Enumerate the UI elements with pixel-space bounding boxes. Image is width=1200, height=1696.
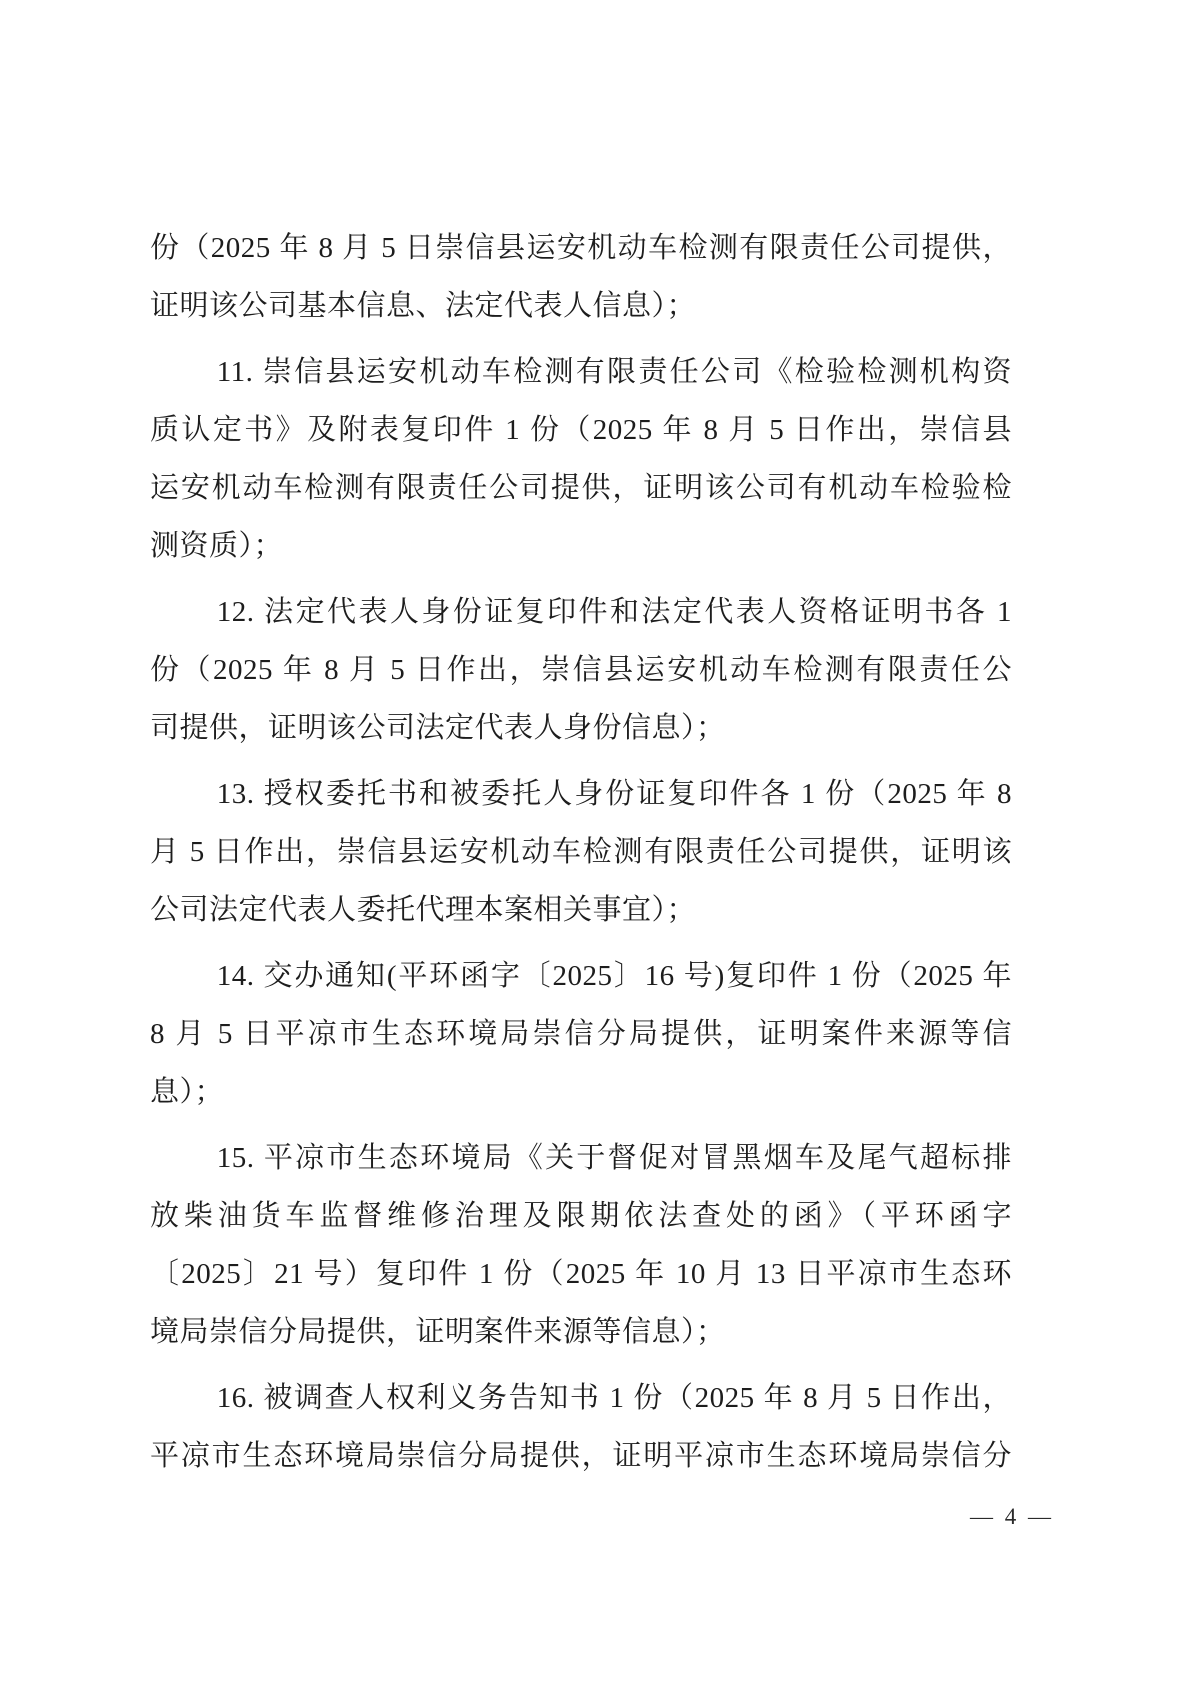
document-line: 公司法定代表人委托代理本案相关事宜）；: [150, 881, 1012, 939]
document-page: 份（2025 年 8 月 5 日崇信县运安机动车检测有限责任公司提供，证明该公司…: [0, 0, 1200, 1696]
document-line: 15. 平凉市生态环境局《关于督促对冒黑烟车及尾气超标排: [150, 1129, 1012, 1187]
document-line: 司提供，证明该公司法定代表人身份信息）；: [150, 699, 1012, 757]
document-line: 平凉市生态环境局崇信分局提供，证明平凉市生态环境局崇信分: [150, 1427, 1012, 1485]
document-line: 证明该公司基本信息、法定代表人信息）；: [150, 277, 1012, 335]
document-line: 11. 崇信县运安机动车检测有限责任公司《检验检测机构资: [150, 343, 1012, 401]
document-line: 〔2025〕21 号）复印件 1 份（2025 年 10 月 13 日平凉市生态…: [150, 1245, 1012, 1303]
document-line: 16. 被调查人权利义务告知书 1 份（2025 年 8 月 5 日作出，: [150, 1369, 1012, 1427]
document-line: 境局崇信分局提供，证明案件来源等信息）；: [150, 1303, 1012, 1361]
document-line: 份（2025 年 8 月 5 日作出，崇信县运安机动车检测有限责任公: [150, 641, 1012, 699]
document-line: 份（2025 年 8 月 5 日崇信县运安机动车检测有限责任公司提供，: [150, 219, 1012, 277]
document-line: 运安机动车检测有限责任公司提供，证明该公司有机动车检验检: [150, 459, 1012, 517]
document-line: 测资质）；: [150, 517, 1012, 575]
text-block: 份（2025 年 8 月 5 日崇信县运安机动车检测有限责任公司提供，证明该公司…: [150, 219, 1012, 1485]
document-line: 14. 交办通知(平环函字〔2025〕16 号)复印件 1 份（2025 年: [150, 947, 1012, 1005]
document-line: 月 5 日作出，崇信县运安机动车检测有限责任公司提供，证明该: [150, 823, 1012, 881]
document-line: 12. 法定代表人身份证复印件和法定代表人资格证明书各 1: [150, 583, 1012, 641]
document-line: 放柴油货车监督维修治理及限期依法查处的函》（平环函字: [150, 1187, 1012, 1245]
document-line: 质认定书》及附表复印件 1 份（2025 年 8 月 5 日作出，崇信县: [150, 401, 1012, 459]
page-number: — 4 —: [970, 1502, 1054, 1532]
document-line: 息）；: [150, 1063, 1012, 1121]
document-line: 8 月 5 日平凉市生态环境局崇信分局提供，证明案件来源等信: [150, 1005, 1012, 1063]
document-line: 13. 授权委托书和被委托人身份证复印件各 1 份（2025 年 8: [150, 765, 1012, 823]
